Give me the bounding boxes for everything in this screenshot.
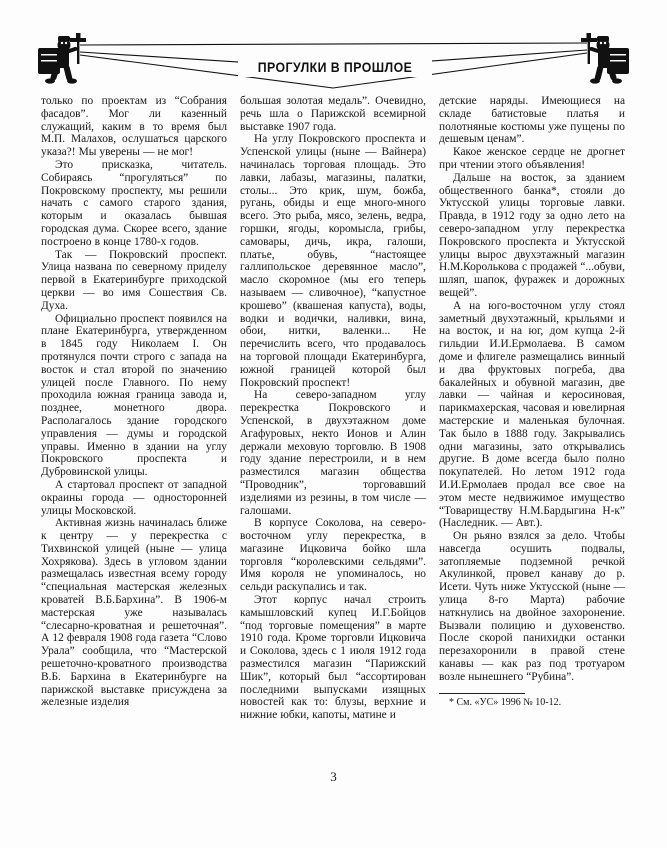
paragraph: Дальше на восток, за зданием общественно… <box>439 172 625 300</box>
footnote: * См. «УС» 1996 № 10-12. <box>439 693 625 709</box>
paragraph: А стартовал проспект от западной окраины… <box>41 479 227 517</box>
paragraph: детские наряды. Имеющиеся на складе бати… <box>439 95 625 146</box>
paragraph: Официально проспект появился на плане Ек… <box>41 313 227 479</box>
paragraph: Это присказка, читатель. Собираясь “прог… <box>41 159 227 249</box>
paragraph: только по проектам из “Собрания фасадов”… <box>41 95 227 159</box>
text-column-2: большая золотая медаль”. Очевидно, речь … <box>240 95 426 785</box>
paragraph: На углу Покровского проспекта и Успенско… <box>240 133 426 389</box>
paragraph: На северо-западном углу перекрестка Покр… <box>240 389 426 517</box>
paragraph: Так — Покровский проспект. Улица названа… <box>41 249 227 313</box>
paragraph: большая золотая медаль”. Очевидно, речь … <box>240 95 426 133</box>
footnote-text: * См. «УС» 1996 № 10-12. <box>439 697 625 709</box>
scanned-book-page: ПРОГУЛКИ В ПРОШЛОЕ только по проектам из… <box>0 0 667 848</box>
page-section-title: ПРОГУЛКИ В ПРОШЛОЕ <box>258 59 413 75</box>
article-body: только по проектам из “Собрания фасадов”… <box>41 95 625 785</box>
text-column-1: только по проектам из “Собрания фасадов”… <box>41 95 227 785</box>
walking-figure-right-icon <box>581 33 629 84</box>
paragraph: Активная жизнь начиналась ближе к центру… <box>41 517 227 709</box>
footnote-rule <box>439 693 525 694</box>
page-number: 3 <box>0 769 667 785</box>
paragraph: В корпусе Соколова, на северо-восточном … <box>240 517 426 594</box>
column-text: только по проектам из “Собрания фасадов”… <box>41 95 227 709</box>
column-text: большая золотая медаль”. Очевидно, речь … <box>240 95 426 722</box>
paragraph: А на юго-восточном углу стоял заметный д… <box>439 300 625 530</box>
column-text: детские наряды. Имеющиеся на складе бати… <box>439 95 625 684</box>
paragraph: Этот корпус начал строить камышловский к… <box>240 594 426 722</box>
paragraph: Какое женское сердце не дрогнет при чтен… <box>439 146 625 172</box>
walking-figure-left-icon <box>38 33 86 84</box>
paragraph: Он рьяно взялся за дело. Чтобы навсегда … <box>439 530 625 684</box>
text-column-3: детские наряды. Имеющиеся на складе бати… <box>439 95 625 785</box>
